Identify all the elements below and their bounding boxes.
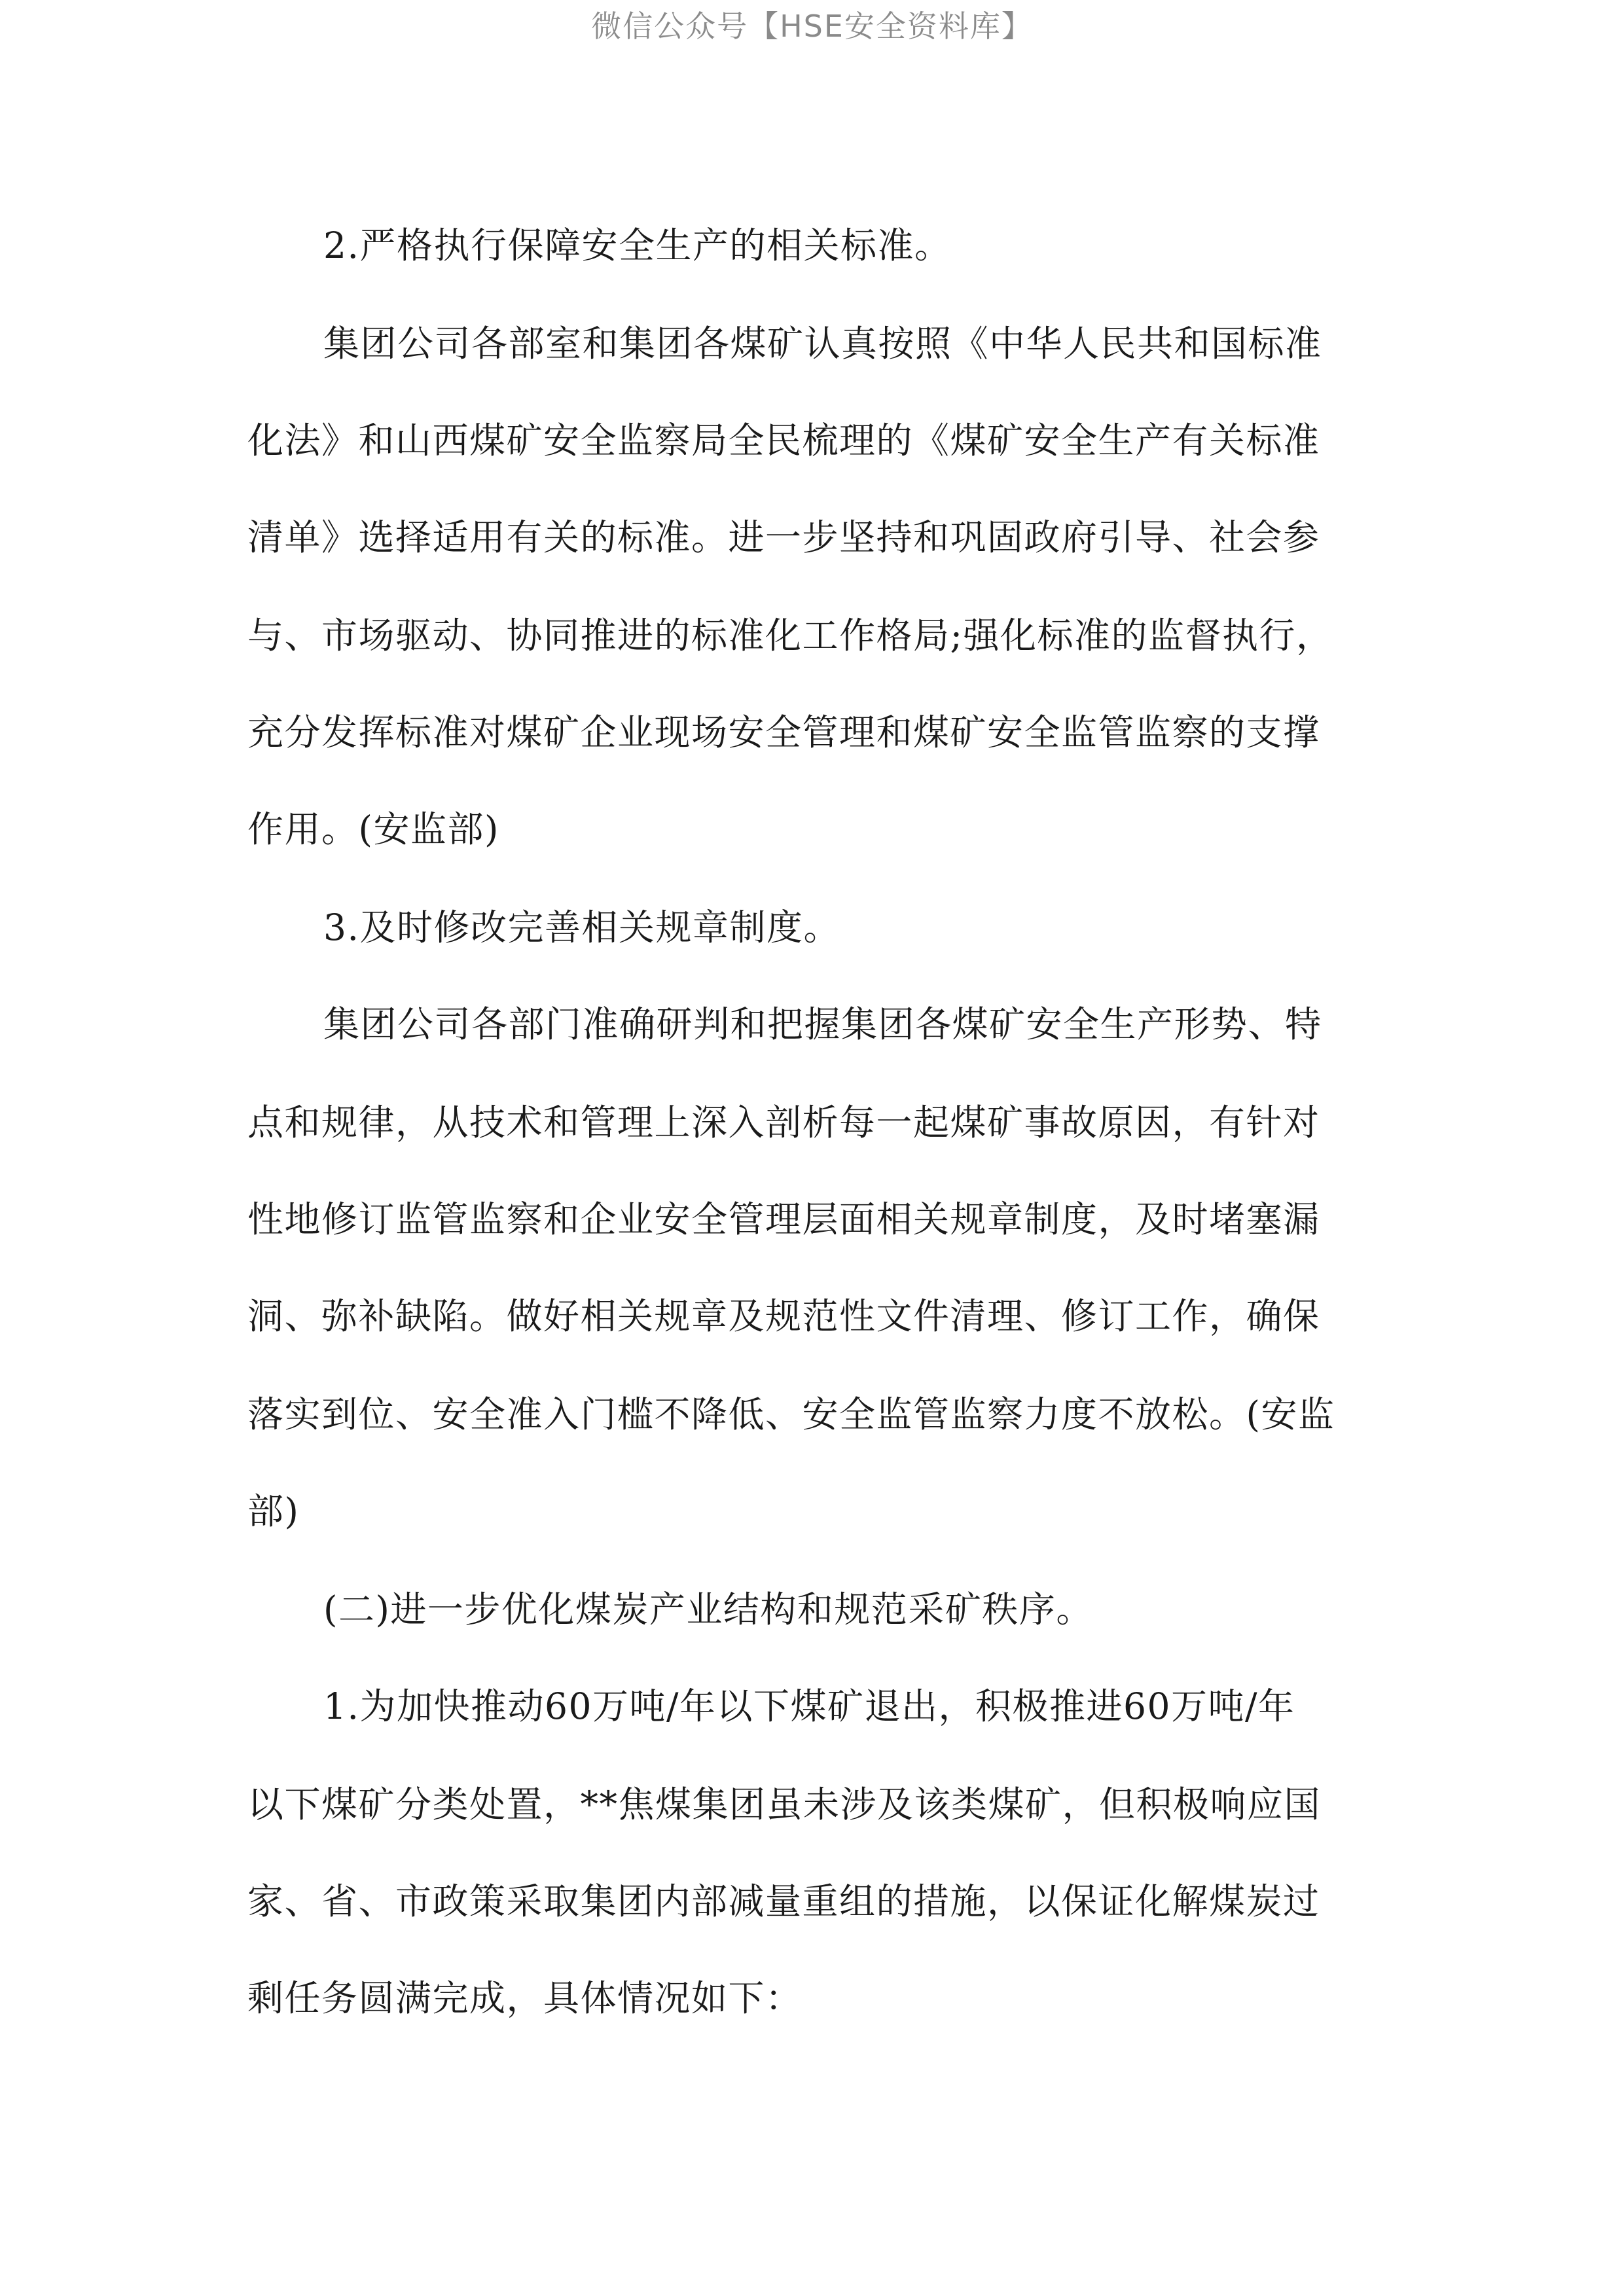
paragraph-line: 与、市场驱动、协同推进的标准化工作格局;强化标准的监督执行，	[247, 613, 1333, 658]
paragraph-line: 剩任务圆满完成，具体情况如下：	[247, 1975, 803, 2021]
paragraph-line: 洞、弥补缺陷。做好相关规章及规范性文件清理、修订工作，确保	[247, 1293, 1320, 1339]
section-heading-2: (二)进一步优化煤炭产业结构和规范采矿秩序。	[323, 1587, 1093, 1632]
paragraph-line: 点和规律，从技术和管理上深入剖析每一起煤矿事故原因，有针对	[247, 1100, 1320, 1145]
paragraph-line: 1.为加快推动60万吨/年以下煤矿退出，积极推进60万吨/年	[323, 1683, 1295, 1729]
paragraph-line: 充分发挥标准对煤矿企业现场安全管理和煤矿安全监管监察的支撑	[247, 709, 1320, 755]
paragraph-line: 作用。(安监部)	[247, 806, 499, 852]
heading-item-3: 3.及时修改完善相关规章制度。	[323, 905, 840, 950]
paragraph-line: 集团公司各部门准确研判和把握集团各煤矿安全生产形势、特	[323, 1001, 1322, 1047]
paragraph-line: 集团公司各部室和集团各煤矿认真按照《中华人民共和国标准	[323, 321, 1322, 367]
paragraph-line: 家、省、市政策采取集团内部减量重组的措施，以保证化解煤炭过	[247, 1878, 1320, 1924]
paragraph-line: 落实到位、安全准入门槛不降低、安全监管监察力度不放松。(安监	[247, 1391, 1335, 1437]
paragraph-line: 化法》和山西煤矿安全监察局全民梳理的《煤矿安全生产有关标准	[247, 418, 1320, 463]
paragraph-line: 性地修订监管监察和企业安全管理层面相关规章制度，及时堵塞漏	[247, 1196, 1320, 1242]
paragraph-line: 以下煤矿分类处置，**焦煤集团虽未涉及该类煤矿，但积极响应国	[247, 1782, 1321, 1827]
heading-item-2: 2.严格执行保障安全生产的相关标准。	[323, 223, 951, 268]
paragraph-line: 清单》选择适用有关的标准。进一步坚持和巩固政府引导、社会参	[247, 514, 1320, 560]
paragraph-line: 部)	[247, 1488, 299, 1534]
watermark-header: 微信公众号【HSE安全资料库】	[0, 3, 1624, 46]
